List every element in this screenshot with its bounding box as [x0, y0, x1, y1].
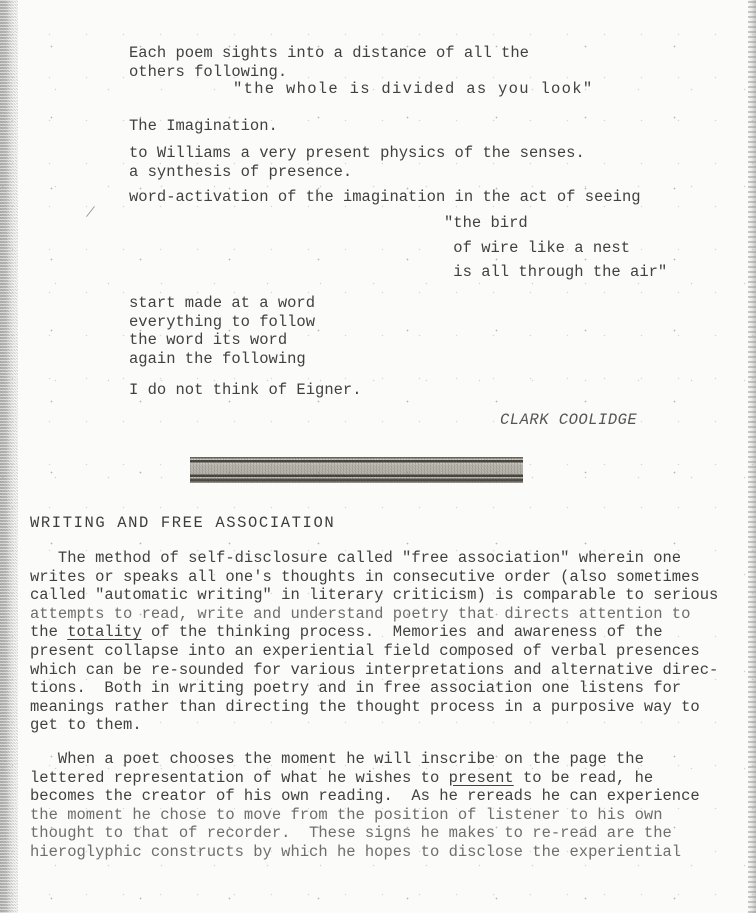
scanned-document-page: Each poem sights into a distance of all …: [0, 0, 756, 913]
scan-edge-right-band: [748, 0, 756, 913]
section-heading: WRITING AND FREE ASSOCIATION: [30, 514, 335, 532]
text-line: is all through the air": [444, 260, 667, 285]
text-line: Each poem sights into a distance of all …: [129, 44, 529, 63]
text-line: "the bird: [444, 211, 667, 236]
text-line: hieroglyphic constructs by which he hope…: [30, 843, 700, 862]
text-line: becomes the creator of his own reading. …: [30, 787, 700, 806]
text-line: The method of self-disclosure called "fr…: [30, 549, 718, 568]
essay-paragraph-2: When a poet chooses the moment he will i…: [30, 750, 700, 862]
underlined-word: present: [449, 769, 514, 787]
text-line: lettered representation of what he wishe…: [30, 769, 700, 788]
text-line: get to them.: [30, 716, 718, 735]
poem-quote-bird: "the bird of wire like a nest is all thr…: [444, 211, 667, 285]
text-line: thought to that of recorder. These signs…: [30, 824, 700, 843]
scan-scratch-artifact: [86, 206, 95, 217]
text-line: writes or speaks all one's thoughts in c…: [30, 568, 718, 587]
text-line: attempts to read, write and understand p…: [30, 605, 718, 624]
text-line: tions. Both in writing poetry and in fre…: [30, 679, 718, 698]
text-line: When a poet chooses the moment he will i…: [30, 750, 700, 769]
text-line: the word its word: [129, 331, 315, 350]
poem-line-imagination: The Imagination.: [129, 117, 278, 136]
text-line: meanings rather than directing the thoug…: [30, 698, 718, 717]
text-line: again the following: [129, 350, 315, 369]
text-line: others following.: [129, 63, 529, 82]
poem-quote-whole-divided: "the whole is divided as you look": [233, 80, 593, 99]
text-line: a synthesis of presence.: [129, 163, 585, 182]
text-line: of wire like a nest: [444, 236, 667, 261]
text-line: the moment he chose to move from the pos…: [30, 806, 700, 825]
text-line: to Williams a very present physics of th…: [129, 144, 585, 163]
section-divider-rule: [190, 457, 523, 483]
essay-paragraph-1: The method of self-disclosure called "fr…: [30, 549, 718, 735]
poem-stanza-opening: Each poem sights into a distance of all …: [129, 44, 529, 81]
text-line: present collapse into an experiential fi…: [30, 642, 718, 661]
poem-stanza-start-made: start made at a wordeverything to follow…: [129, 294, 315, 368]
poem-line-eigner: I do not think of Eigner.: [129, 381, 362, 400]
text-line: which can be re-sounded for various inte…: [30, 661, 718, 680]
underlined-word: totality: [67, 623, 141, 641]
text-line: the totality of the thinking process. Me…: [30, 623, 718, 642]
author-credit: CLARK COOLIDGE: [500, 411, 637, 429]
poem-line-word-activation: word-activation of the imagination in th…: [129, 188, 641, 207]
poem-stanza-williams: to Williams a very present physics of th…: [129, 144, 585, 181]
text-line: start made at a word: [129, 294, 315, 313]
text-line: called "automatic writing" in literary c…: [30, 586, 718, 605]
scan-edge-left-band: [0, 0, 18, 913]
text-line: everything to follow: [129, 313, 315, 332]
